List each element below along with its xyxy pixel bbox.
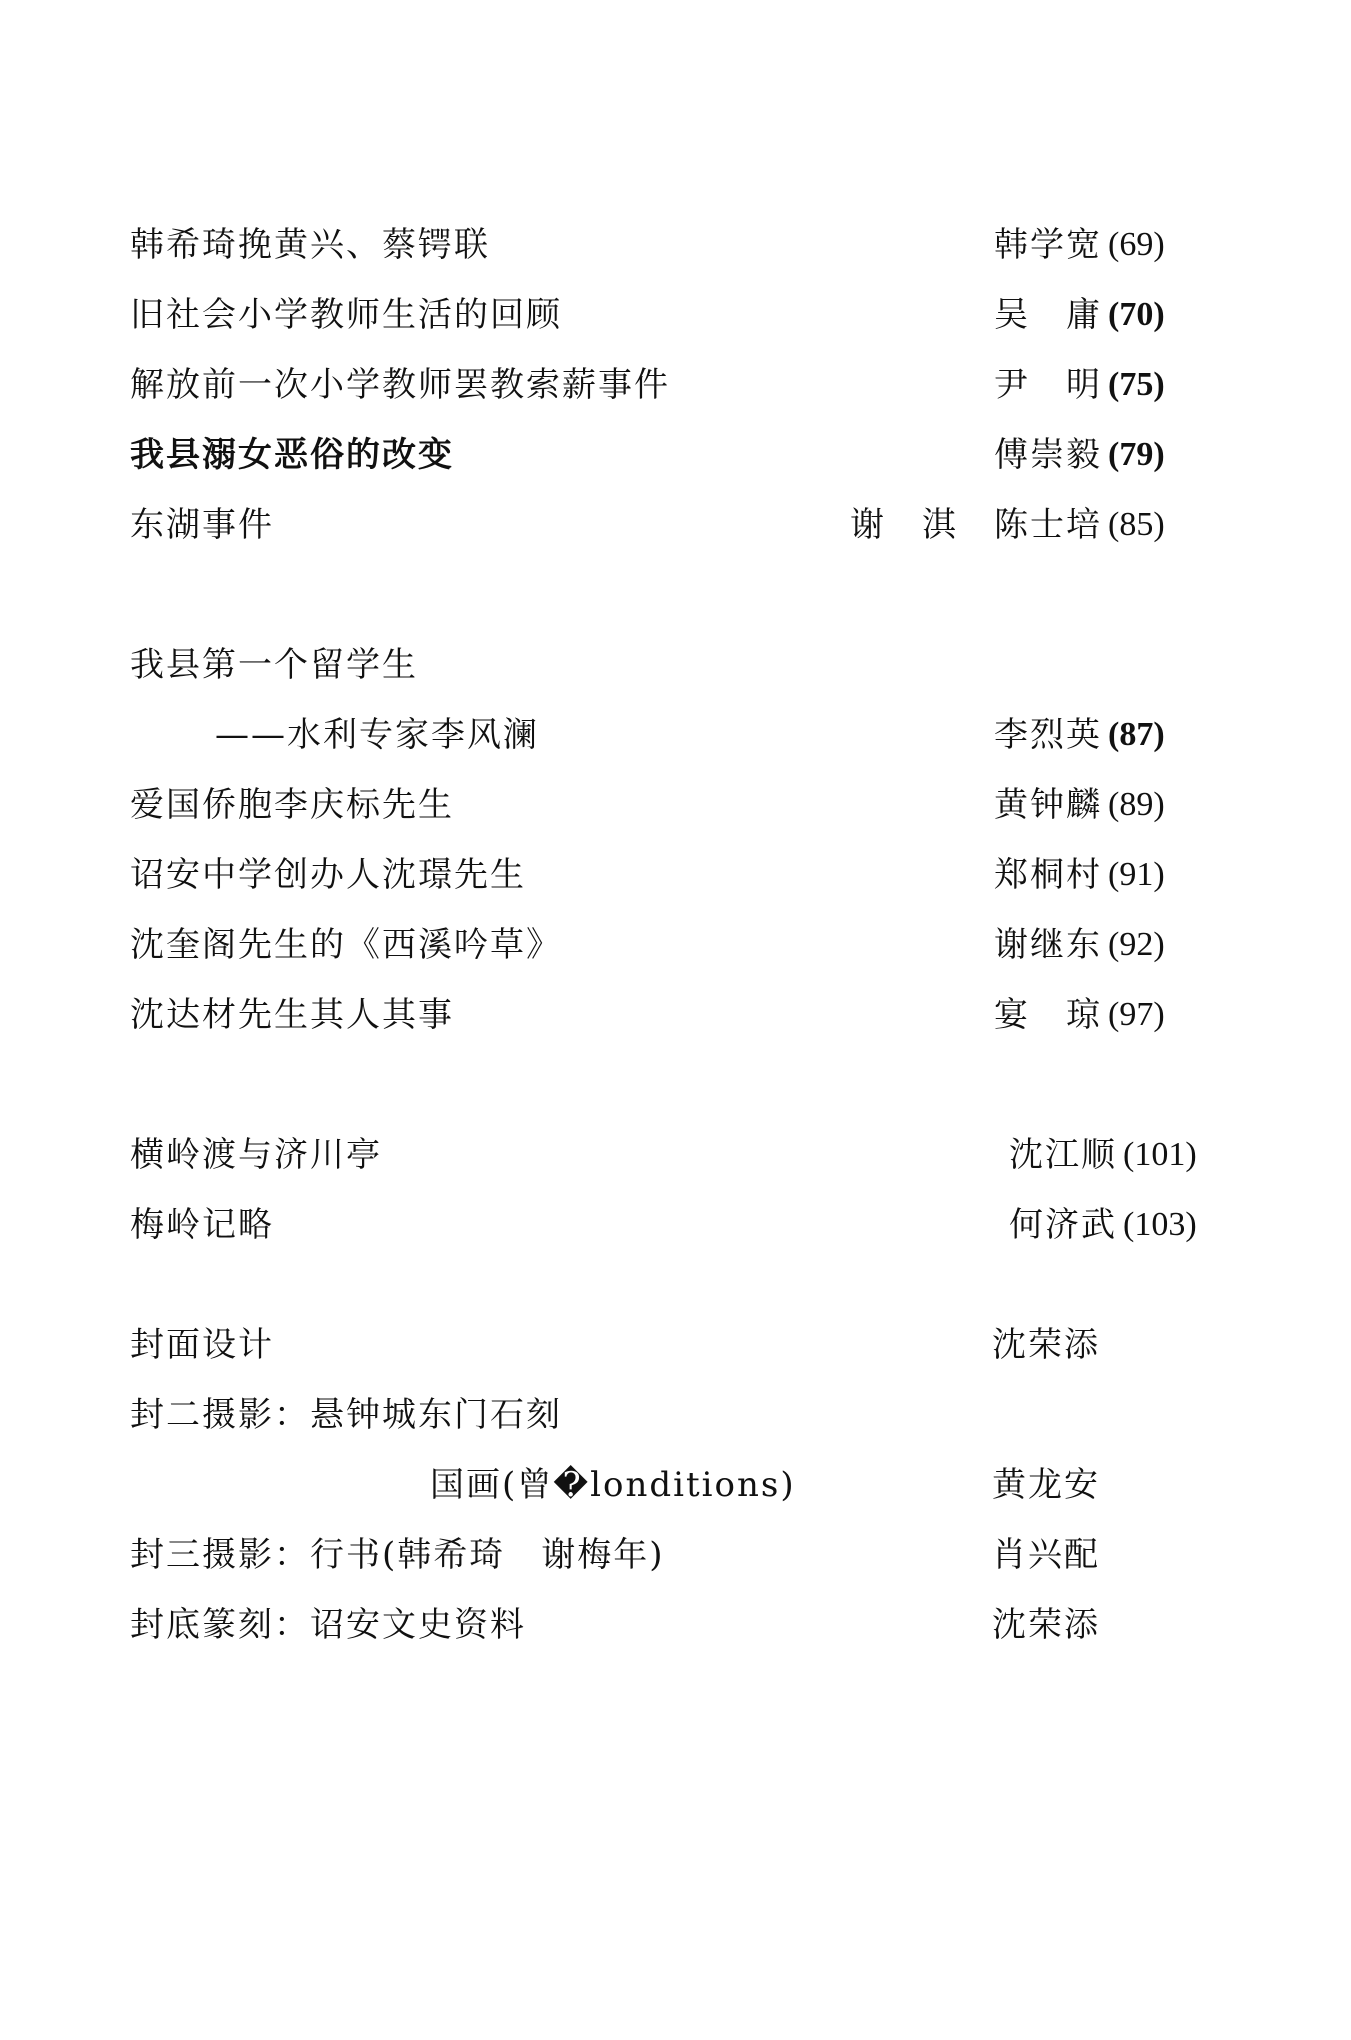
credit-title: 封二摄影：悬钟城东门石刻 — [130, 1387, 562, 1443]
entry-page: (69) — [1102, 217, 1210, 273]
entry-title: 韩希琦挽黄兴、蔡锷联 — [130, 217, 490, 273]
entry-author: 谢 淇 陈士培 — [850, 497, 1102, 553]
credit-author: 黄龙安 — [992, 1457, 1100, 1513]
entry-title: 沈奎阁先生的《西溪吟草》 — [130, 917, 562, 973]
credit-subtitle: 国画(曾�londitions) — [430, 1457, 796, 1513]
entry-title: 诏安中学创办人沈璟先生 — [130, 847, 526, 903]
entry-author: 谢继东 — [994, 917, 1102, 973]
credit-entry: 封底篆刻：诏安文史资料 沈荣添 — [130, 1597, 1100, 1653]
entry-page: (85) — [1102, 497, 1210, 553]
entry-title: 我县溺女恶俗的改变 — [130, 427, 454, 483]
toc-entry: 爱国侨胞李庆标先生 黄钟麟 (89) — [130, 777, 1210, 833]
dot-leader — [669, 1527, 988, 1583]
toc-entry: 横岭渡与济川亭 沈江顺 (101) — [130, 1127, 1225, 1183]
entry-title: 爱国侨胞李庆标先生 — [130, 777, 454, 833]
credit-title: 封面设计 — [130, 1317, 274, 1373]
toc-entry: 东湖事件 谢 淇 陈士培 (85) — [130, 497, 1210, 553]
credit-entry: 国画(曾�londitions) 黄龙安 — [430, 1457, 1100, 1513]
entry-author: 李烈英 — [994, 707, 1102, 763]
dot-leader — [530, 847, 990, 903]
credit-author: 沈荣添 — [992, 1597, 1100, 1653]
entry-page: (92) — [1102, 917, 1210, 973]
entry-title: 沈达材先生其人其事 — [130, 987, 454, 1043]
dot-leader — [278, 1317, 988, 1373]
toc-entry: 沈达材先生其人其事 宴 琼 (97) — [130, 987, 1210, 1043]
dot-leader — [530, 1597, 988, 1653]
entry-author: 傅崇毅 — [994, 427, 1102, 483]
entry-author: 沈江顺 — [1009, 1127, 1117, 1183]
dot-leader — [458, 427, 990, 483]
entry-title: 横岭渡与济川亭 — [130, 1127, 382, 1183]
credit-entry-heading: 封二摄影：悬钟城东门石刻 — [130, 1387, 562, 1443]
dot-leader — [543, 707, 990, 763]
entry-subtitle: ——水利专家李风澜 — [215, 707, 539, 763]
toc-entry: ——水利专家李风澜 李烈英 (87) — [215, 707, 1210, 763]
dot-leader — [800, 1457, 988, 1513]
entry-title: 东湖事件 — [130, 497, 274, 553]
credit-title: 封三摄影：行书(韩希琦 谢梅年) — [130, 1527, 665, 1583]
entry-author: 黄钟麟 — [994, 777, 1102, 833]
dot-leader — [386, 1127, 1005, 1183]
toc-entry: 旧社会小学教师生活的回顾 吴 庸 (70) — [130, 287, 1210, 343]
dot-leader — [494, 217, 990, 273]
entry-title: 旧社会小学教师生活的回顾 — [130, 287, 562, 343]
toc-entry: 解放前一次小学教师罢教索薪事件 尹 明 (75) — [130, 357, 1210, 413]
toc-entry-heading: 我县第一个留学生 — [130, 637, 418, 693]
entry-page: (101) — [1117, 1127, 1225, 1183]
dot-leader — [458, 987, 990, 1043]
entry-author: 何济武 — [1009, 1197, 1117, 1253]
entry-author: 宴 琼 — [994, 987, 1102, 1043]
entry-page: (97) — [1102, 987, 1210, 1043]
entry-page: (70) — [1102, 287, 1210, 343]
dot-leader — [566, 917, 990, 973]
credit-entry: 封面设计 沈荣添 — [130, 1317, 1100, 1373]
credit-entry: 封三摄影：行书(韩希琦 谢梅年) 肖兴配 — [130, 1527, 1100, 1583]
toc-entry: 韩希琦挽黄兴、蔡锷联 韩学宽 (69) — [130, 217, 1210, 273]
dot-leader — [674, 357, 990, 413]
entry-page: (87) — [1102, 707, 1210, 763]
toc-entry: 梅岭记略 何济武 (103) — [130, 1197, 1225, 1253]
entry-page: (89) — [1102, 777, 1210, 833]
toc-entry: 诏安中学创办人沈璟先生 郑桐村 (91) — [130, 847, 1210, 903]
entry-title: 解放前一次小学教师罢教索薪事件 — [130, 357, 670, 413]
entry-page: (103) — [1117, 1197, 1225, 1253]
entry-author: 韩学宽 — [994, 217, 1102, 273]
toc-entry: 沈奎阁先生的《西溪吟草》 谢继东 (92) — [130, 917, 1210, 973]
entry-page: (79) — [1102, 427, 1210, 483]
credit-author: 肖兴配 — [992, 1527, 1100, 1583]
entry-page: (91) — [1102, 847, 1210, 903]
entry-page: (75) — [1102, 357, 1210, 413]
entry-title: 梅岭记略 — [130, 1197, 274, 1253]
dot-leader — [278, 497, 846, 553]
toc-page: 韩希琦挽黄兴、蔡锷联 韩学宽 (69) 旧社会小学教师生活的回顾 吴 庸 (70… — [0, 0, 1351, 2040]
entry-title: 我县第一个留学生 — [130, 637, 418, 693]
entry-author: 郑桐村 — [994, 847, 1102, 903]
dot-leader — [278, 1197, 1005, 1253]
entry-author: 吴 庸 — [994, 287, 1102, 343]
credit-title: 封底篆刻：诏安文史资料 — [130, 1597, 526, 1653]
toc-entry: 我县溺女恶俗的改变 傅崇毅 (79) — [130, 427, 1210, 483]
dot-leader — [458, 777, 990, 833]
credit-author: 沈荣添 — [992, 1317, 1100, 1373]
dot-leader — [566, 287, 990, 343]
entry-author: 尹 明 — [994, 357, 1102, 413]
